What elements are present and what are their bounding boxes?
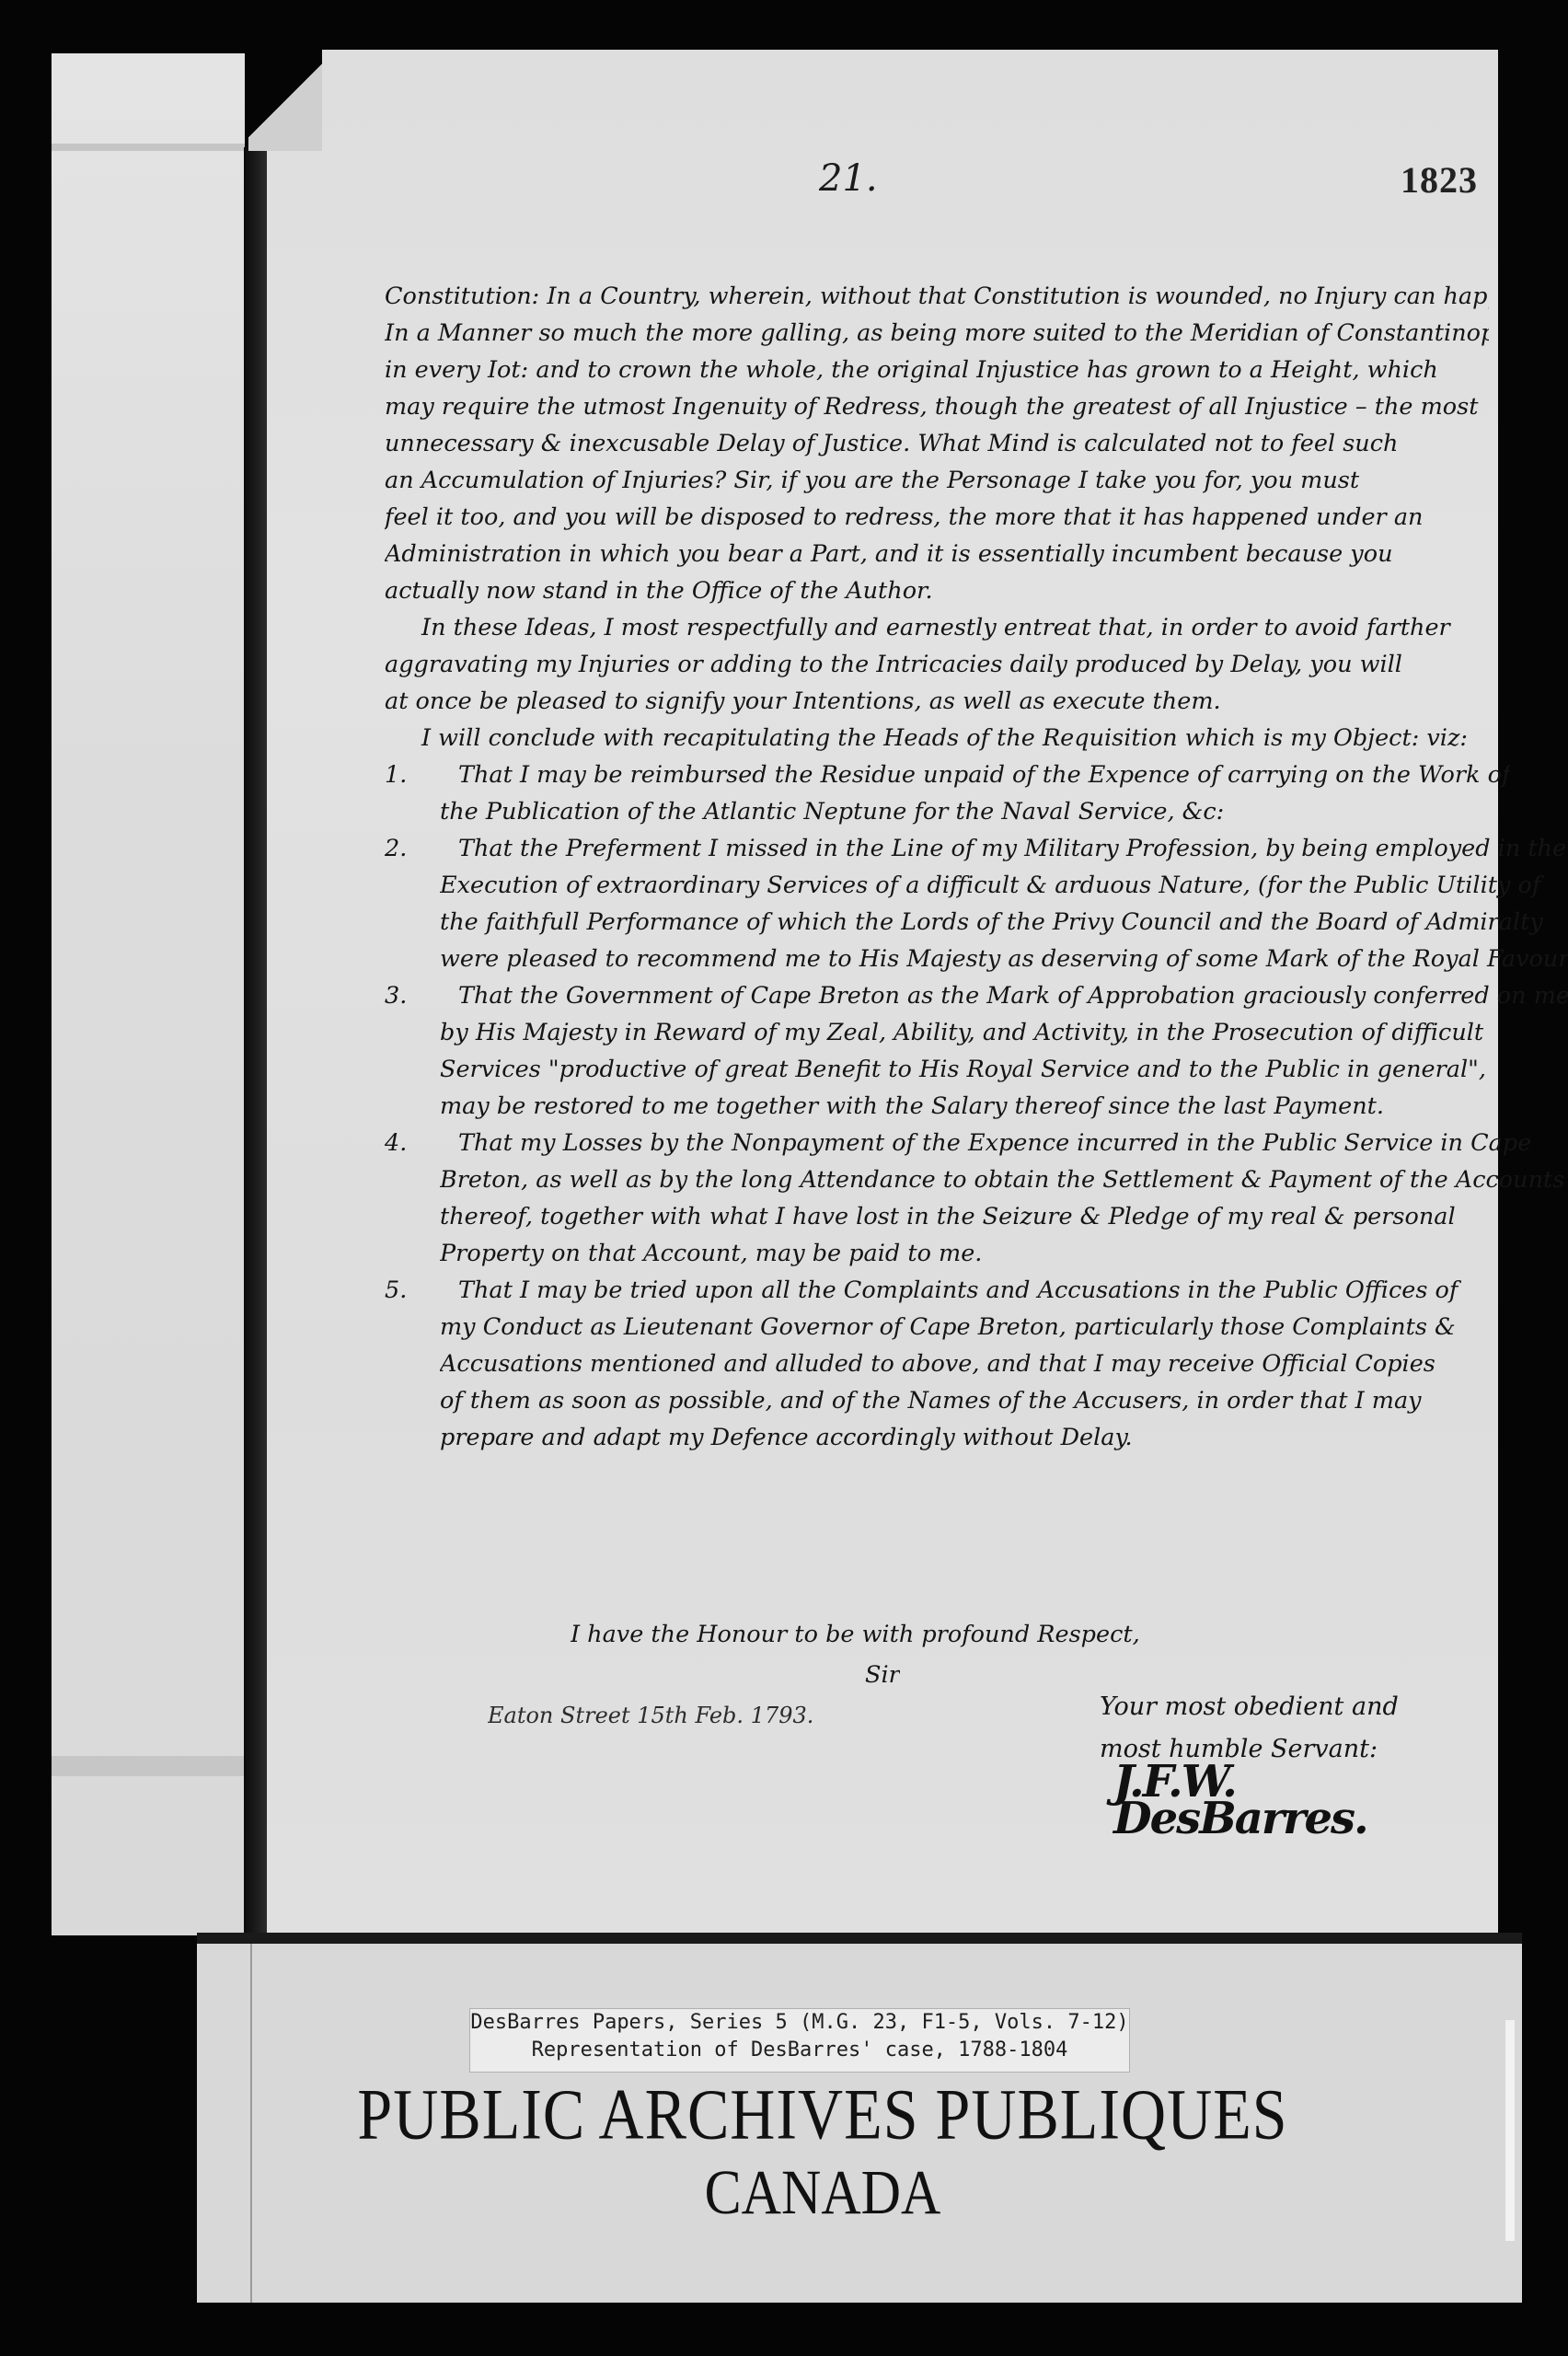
requisition-item-2: 2. That the Preferment I missed in the L… xyxy=(385,830,1489,977)
text-line: may require the utmost Ingenuity of Redr… xyxy=(385,388,1489,425)
item-number: 2. xyxy=(385,830,440,977)
text-line: Property on that Account, may be paid to… xyxy=(440,1235,1564,1272)
archive-stamp-number: 1823 xyxy=(1401,158,1478,202)
binding-strip xyxy=(52,53,245,1935)
item-number: 1. xyxy=(385,756,440,830)
text-line: the Publication of the Atlantic Neptune … xyxy=(440,793,1510,830)
requisition-item-4: 4. That my Losses by the Nonpayment of t… xyxy=(385,1125,1489,1272)
text-line: actually now stand in the Office of the … xyxy=(385,572,1489,609)
strip-crease xyxy=(52,1756,245,1776)
text-line: Breton, as well as by the long Attendanc… xyxy=(440,1161,1564,1198)
label-line-2: Representation of DesBarres' case, 1788-… xyxy=(470,2037,1129,2064)
item-number: 3. xyxy=(385,977,440,1125)
text-line: an Accumulation of Injuries? Sir, if you… xyxy=(385,462,1489,499)
text-line: In these Ideas, I most respectfully and … xyxy=(385,609,1489,646)
letter-body: Constitution: In a Country, wherein, wit… xyxy=(385,278,1489,1456)
requisition-item-3: 3. That the Government of Cape Breton as… xyxy=(385,977,1489,1125)
paragraph-continuation: Constitution: In a Country, wherein, wit… xyxy=(385,278,1489,609)
manuscript-page: 21. 1823 Constitution: In a Country, whe… xyxy=(267,50,1498,1936)
text-line: That my Losses by the Nonpayment of the … xyxy=(440,1125,1564,1161)
text-line: may be restored to me together with the … xyxy=(440,1088,1568,1125)
institution-country: CANADA xyxy=(197,2156,1448,2229)
archive-card: DesBarres Papers, Series 5 (M.G. 23, F1-… xyxy=(197,1933,1522,2303)
card-edge-highlight xyxy=(1505,2020,1515,2241)
dateline: Eaton Street 15th Feb. 1793. xyxy=(488,1697,813,1734)
salutation: Sir xyxy=(865,1657,900,1693)
collection-label: DesBarres Papers, Series 5 (M.G. 23, F1-… xyxy=(469,2008,1130,2073)
strip-crease xyxy=(52,144,245,151)
item-number: 5. xyxy=(385,1272,440,1456)
text-line: I will conclude with recapitulating the … xyxy=(385,720,1489,756)
text-line: In a Manner so much the more galling, as… xyxy=(385,315,1489,352)
text-line: Services "productive of great Benefit to… xyxy=(440,1051,1568,1088)
text-line: That I may be reimbursed the Residue unp… xyxy=(440,756,1510,793)
requisition-item-1: 1. That I may be reimbursed the Residue … xyxy=(385,756,1489,830)
text-line: Execution of extraordinary Services of a… xyxy=(440,867,1568,904)
text-line: my Conduct as Lieutenant Governor of Cap… xyxy=(440,1309,1489,1345)
label-line-1: DesBarres Papers, Series 5 (M.G. 23, F1-… xyxy=(470,2009,1129,2037)
item-number: 4. xyxy=(385,1125,440,1272)
institution-title: PUBLIC ARCHIVES PUBLIQUES xyxy=(197,2073,1448,2156)
text-line: Administration in which you bear a Part,… xyxy=(385,536,1489,572)
text-line: That the Government of Cape Breton as th… xyxy=(440,977,1568,1014)
signature: J.F.W. DesBarres. xyxy=(1113,1763,1498,1837)
text-line: Accusations mentioned and alluded to abo… xyxy=(440,1345,1489,1382)
page-number: 21. xyxy=(819,157,878,200)
text-line: thereof, together with what I have lost … xyxy=(440,1198,1564,1235)
text-line: That I may be tried upon all the Complai… xyxy=(440,1272,1489,1309)
text-line: were pleased to recommend me to His Maje… xyxy=(440,941,1568,977)
text-line: in every Iot: and to crown the whole, th… xyxy=(385,352,1489,388)
folded-corner xyxy=(248,50,322,151)
text-line: prepare and adapt my Defence accordingly… xyxy=(440,1419,1489,1456)
text-line: feel it too, and you will be disposed to… xyxy=(385,499,1489,536)
text-line: That the Preferment I missed in the Line… xyxy=(440,830,1568,867)
honour-line: I have the Honour to be with profound Re… xyxy=(571,1616,1140,1653)
requisition-item-5: 5. That I may be tried upon all the Comp… xyxy=(385,1272,1489,1456)
text-line: by His Majesty in Reward of my Zeal, Abi… xyxy=(440,1014,1568,1051)
text-line: at once be pleased to signify your Inten… xyxy=(385,683,1489,720)
paragraph-entreaty: In these Ideas, I most respectfully and … xyxy=(385,609,1489,720)
text-line: Constitution: In a Country, wherein, wit… xyxy=(385,278,1489,315)
text-line: unnecessary & inexcusable Delay of Justi… xyxy=(385,425,1489,462)
text-line: of them as soon as possible, and of the … xyxy=(440,1382,1489,1419)
paragraph-conclusion: I will conclude with recapitulating the … xyxy=(385,720,1489,756)
text-line: the faithfull Performance of which the L… xyxy=(440,904,1568,941)
valediction-line: Your most obedient and xyxy=(1100,1686,1399,1728)
text-line: aggravating my Injuries or adding to the… xyxy=(385,646,1489,683)
